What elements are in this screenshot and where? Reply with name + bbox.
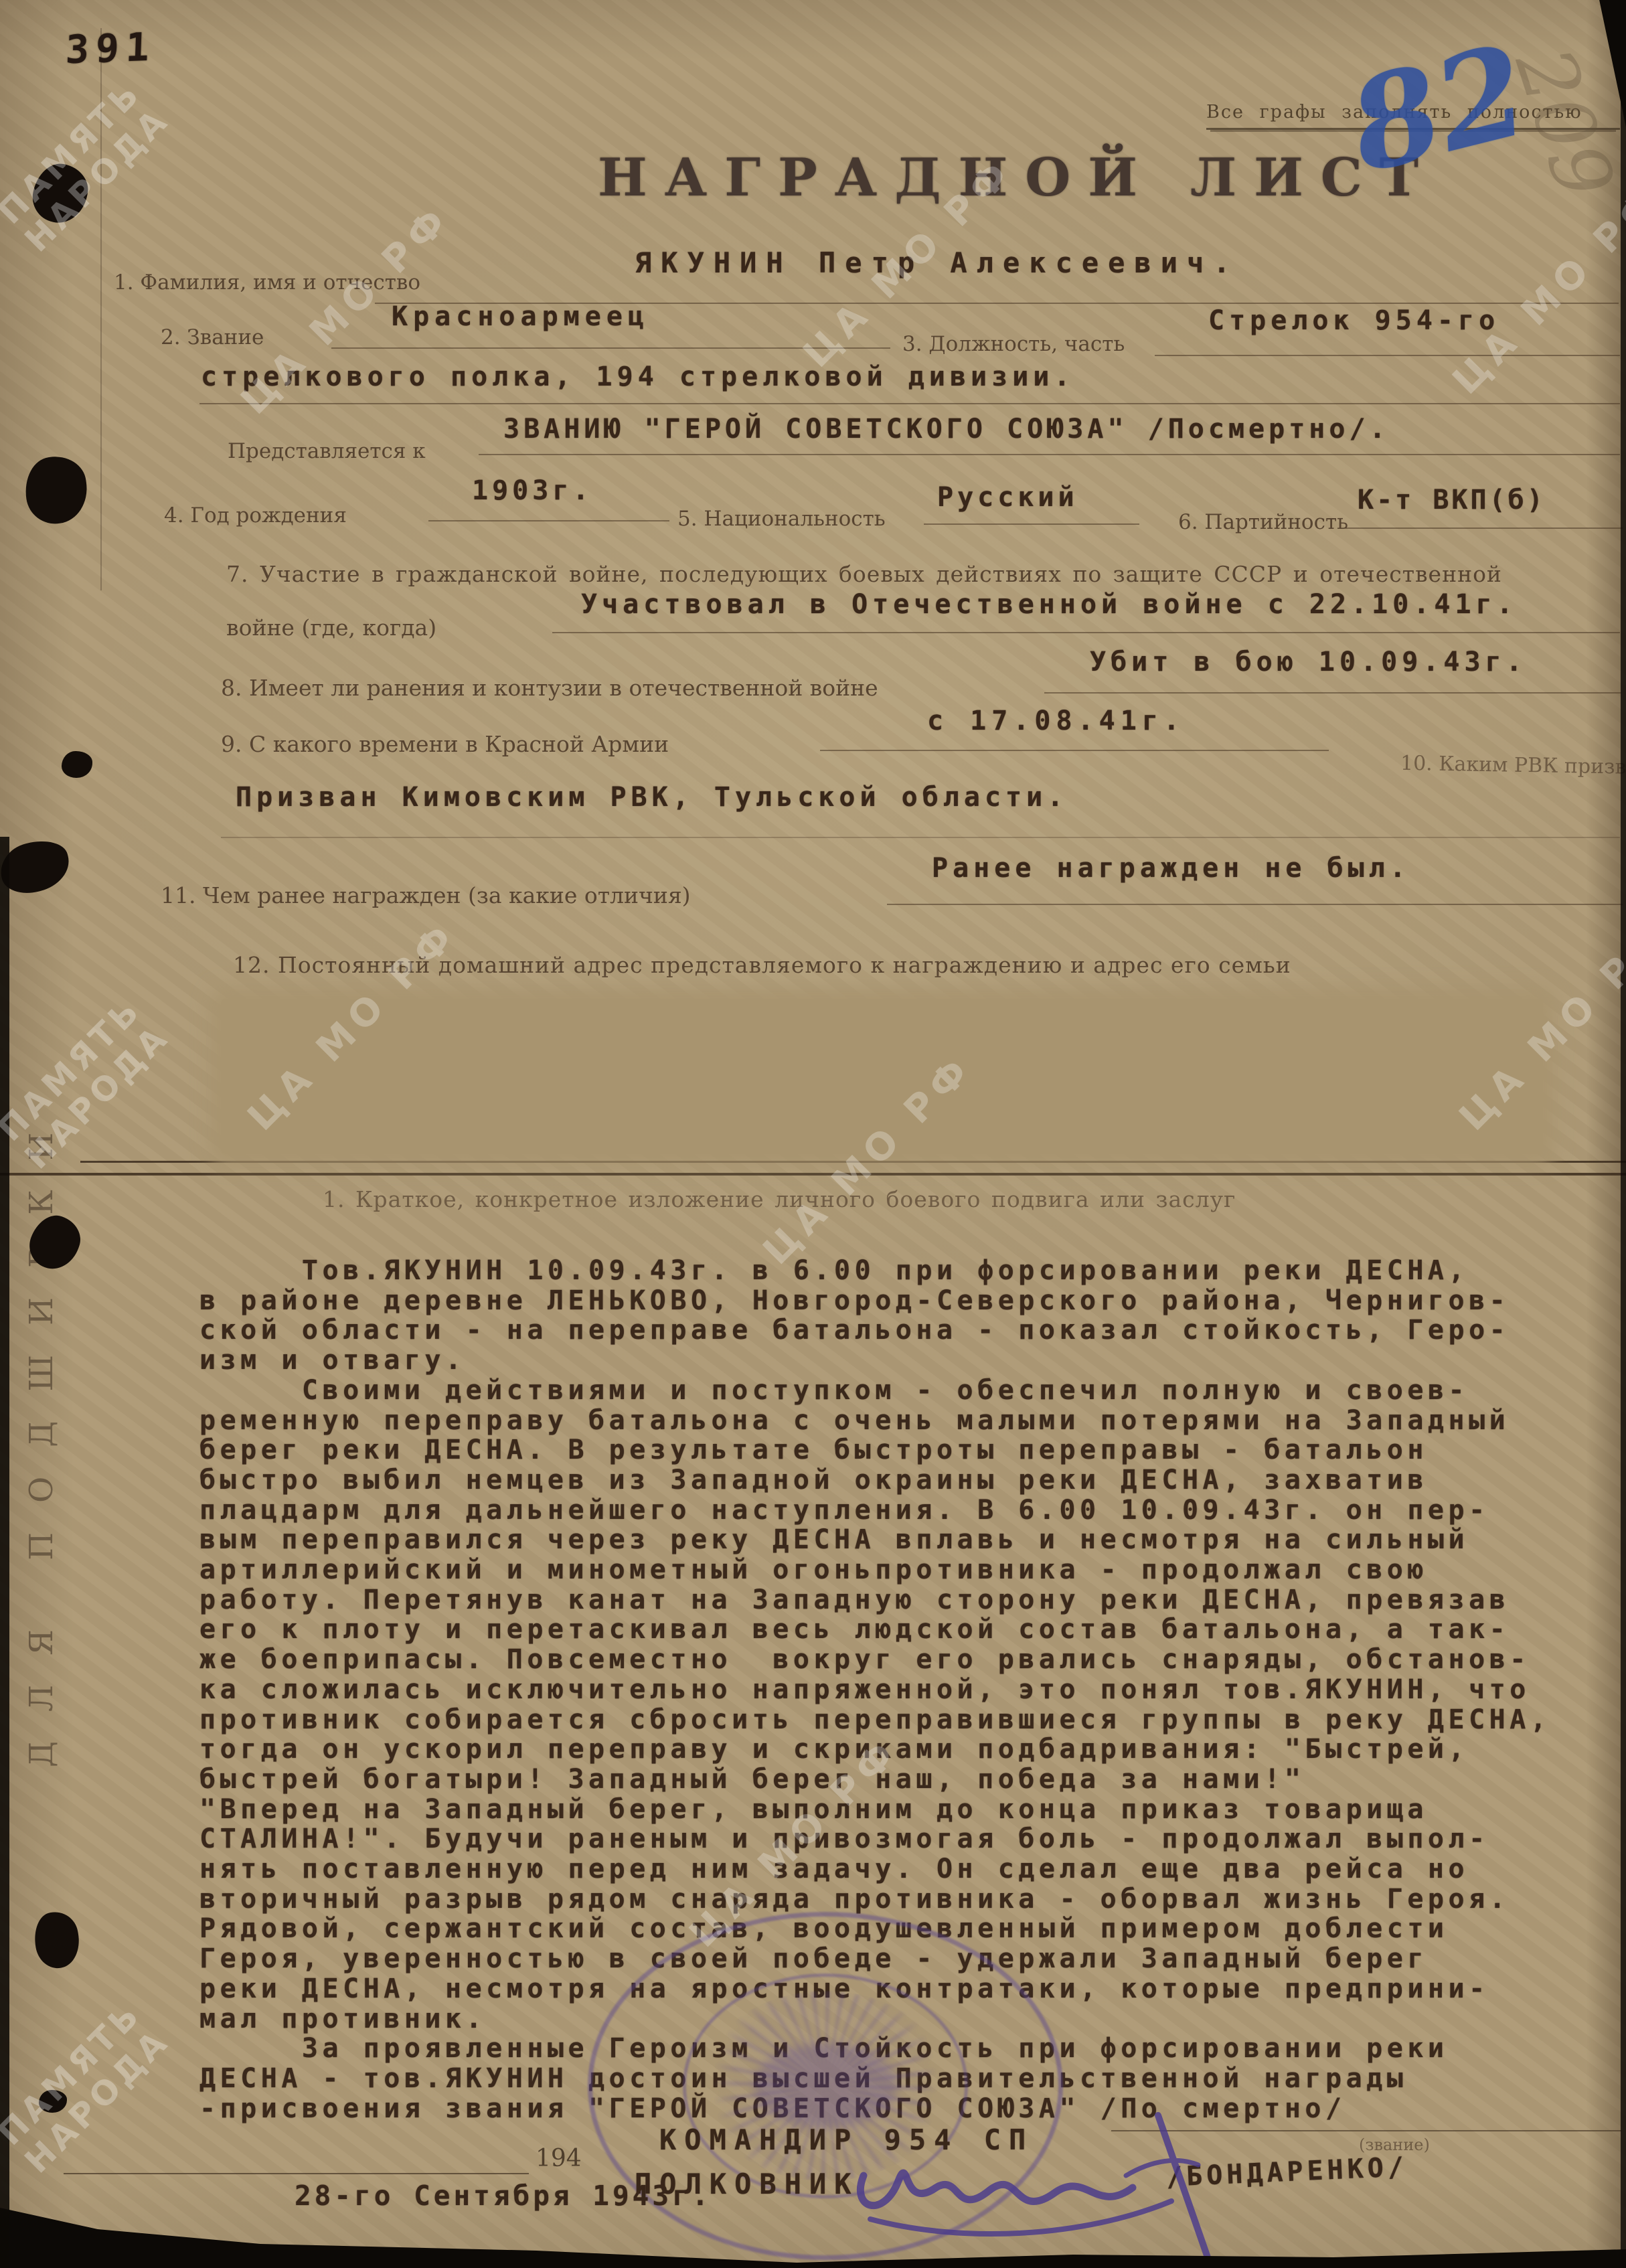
ink-blob: [39, 2090, 67, 2113]
ink-blob: [30, 1909, 84, 1971]
nationality-value: Русский: [937, 482, 1078, 513]
field-rule: [199, 403, 1620, 404]
paper-crease: [100, 28, 102, 590]
ink-blob: [62, 751, 92, 778]
wounds-label: 8. Имеет ли ранения и контузии в отечест…: [221, 675, 878, 701]
home-address-label: 12. Постоянный домашний адрес представля…: [233, 952, 1291, 978]
party-label: 6. Партийность: [1178, 510, 1348, 534]
citation-header: 1. Краткое, конкретное изложение личного…: [323, 1186, 1236, 1212]
field-rule: [887, 904, 1623, 905]
field-rule: [552, 632, 1620, 633]
field-rank-label: 2. Звание: [161, 325, 264, 349]
field-rule: [1044, 692, 1621, 694]
presented-for-value: ЗВАНИЮ "ГЕРОЙ СОВЕТСКОГО СОЮЗА" /Посмерт…: [503, 414, 1390, 444]
presented-for-label: Представляется к: [228, 439, 426, 463]
section-divider-line: [0, 1173, 1626, 1176]
war-participation-label: 7. Участие в гражданской войне, последую…: [226, 561, 1502, 587]
date-rule: [64, 2173, 529, 2174]
birth-year-label: 4. Год рождения: [164, 503, 347, 528]
field-rule: [1155, 355, 1620, 356]
service-since-value: с 17.08.41г.: [927, 706, 1185, 736]
ink-blob: [0, 835, 74, 900]
date-line: 28-го Сентября 1943г.: [295, 2180, 712, 2212]
field-rule: [428, 520, 669, 521]
handwritten-blue-number: 82: [1335, 16, 1541, 202]
wounds-value: Убит в бою 10.09.43г.: [1090, 647, 1527, 677]
field-rank-value: Красноармеец: [392, 301, 649, 332]
watermark-portal: ПАМЯТЬ НАРОДА: [0, 72, 177, 259]
handwritten-signature: [823, 2095, 1252, 2268]
war-participation-label2: войне (где, когда): [226, 615, 436, 641]
previous-awards-value: Ранее награжден не был.: [932, 853, 1410, 884]
year-prefix: 194: [536, 2145, 582, 2172]
left-scan-edge: [0, 837, 9, 2268]
watermark-portal: ПАМЯТЬ НАРОДА: [0, 1994, 177, 2180]
field-rule: [820, 750, 1329, 751]
document-title: НАГРАДНОЙ ЛИСТ: [598, 147, 1436, 208]
drafted-by-value: Призван Кимовским РВК, Тульской области.: [236, 782, 1068, 813]
previous-awards-label: 11. Чем ранее награжден (за какие отличи…: [161, 882, 691, 908]
section-divider-line: [80, 1161, 1626, 1163]
field-position-label: 3. Должность, часть: [902, 332, 1125, 356]
field-rule: [924, 523, 1139, 525]
right-scan-edge: [1621, 0, 1626, 2268]
margin-binding-note: ДЛЯ ПОДШИВКИ: [23, 415, 60, 1767]
rank-caption: (звание): [1359, 2135, 1430, 2154]
watermark-portal-line1: ПАМЯТЬ: [0, 1994, 149, 2153]
service-since-label: 9. С какого времени в Красной Армии: [221, 731, 669, 757]
redacted-address-block: [221, 999, 1543, 1154]
field-position-value: Стрелок 954-го: [1208, 305, 1499, 336]
field-position-value-cont: стрелкового полка, 194 стрелковой дивизи…: [201, 361, 1074, 392]
birth-year-value: 1903г.: [472, 475, 593, 506]
field-name-label: 1. Фамилия, имя и отчество: [114, 270, 420, 295]
party-value: К-т ВКП(б): [1358, 485, 1546, 515]
war-participation-value: Участвовал в Отечественной войне с 22.10…: [581, 589, 1518, 620]
nationality-label: 5. Национальность: [677, 507, 886, 531]
field-name-value: ЯКУНИН Петр Алексеевич.: [635, 246, 1240, 279]
field-rule: [479, 454, 1620, 455]
drafted-by-label: 10. Каким РВК призван: [1400, 752, 1626, 780]
page-number: 391: [65, 24, 157, 73]
field-rule: [331, 347, 890, 349]
field-rule: [1346, 528, 1623, 529]
watermark-archive: ЦА МО РФ: [1445, 176, 1626, 403]
ink-blob: [28, 159, 93, 228]
award-sheet-scan: ЦА МО РФ ЦА МО РФ ЦА МО РФ ЦА МО РФ ЦА М…: [0, 0, 1626, 2268]
field-rule: [221, 837, 1620, 838]
